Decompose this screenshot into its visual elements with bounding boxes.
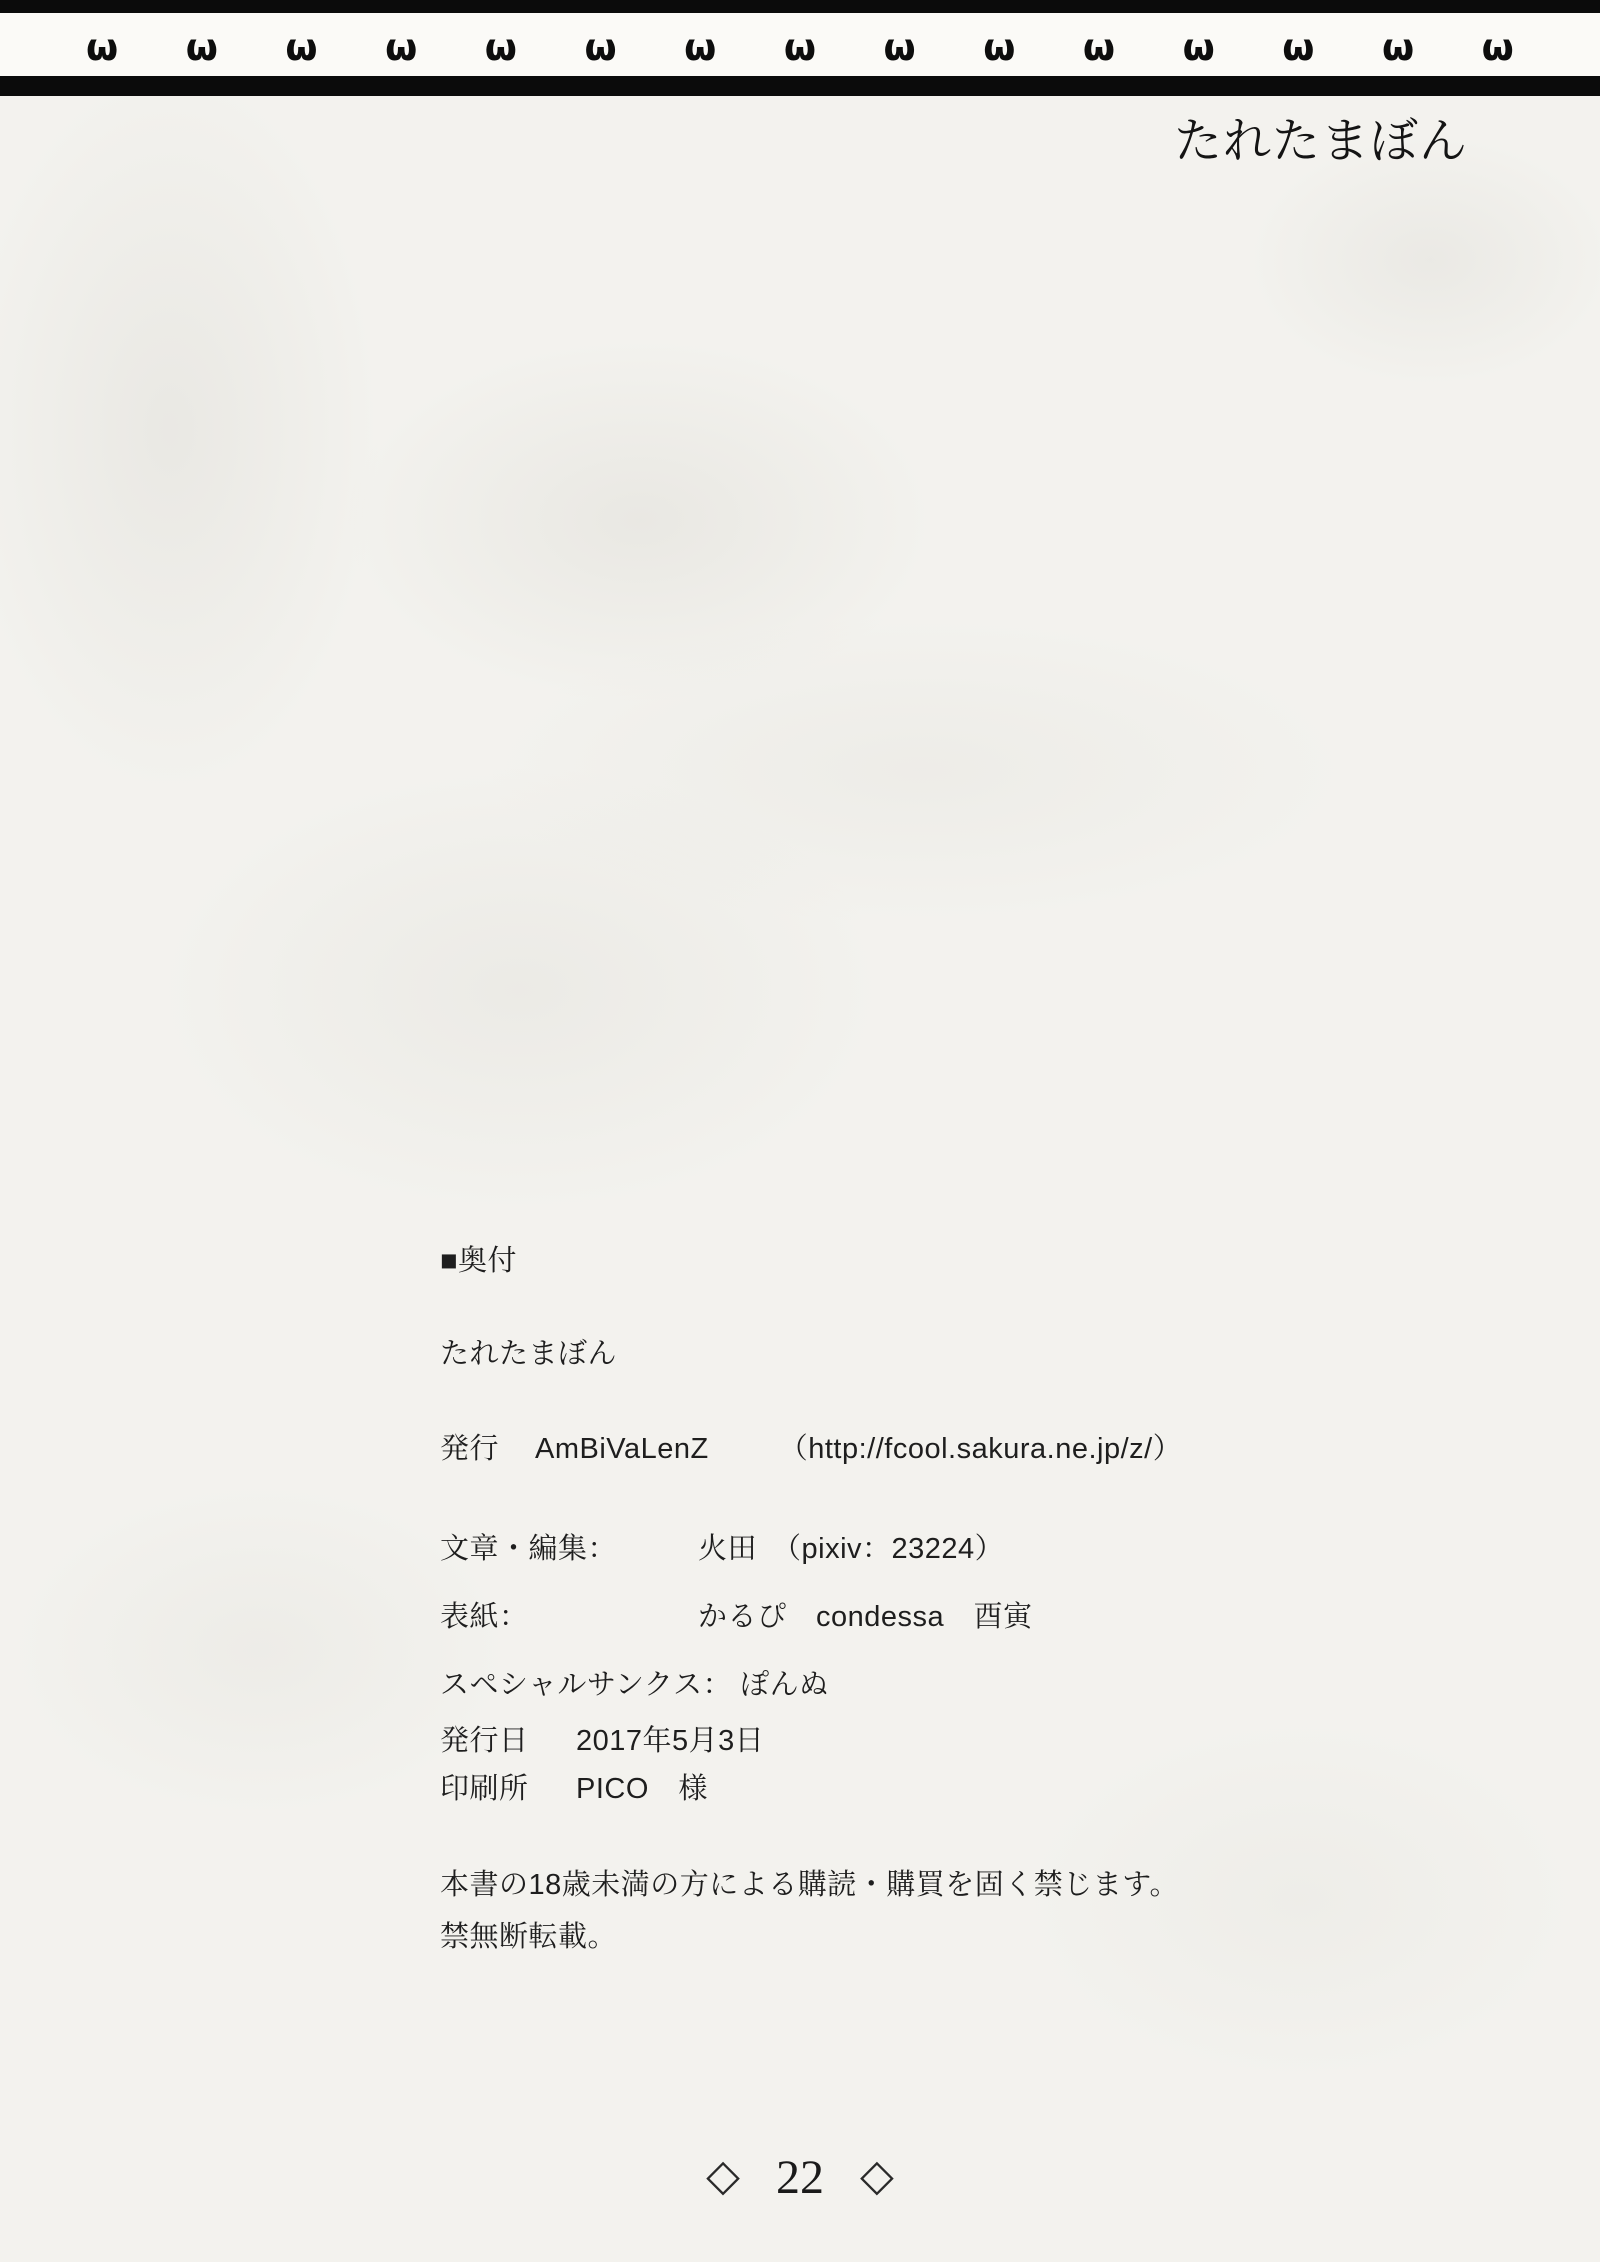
credit-row-special-thanks: スペシャルサンクス： ぽんぬ [440,1670,1033,1702]
credit-value: かるぴ condessa 酉寅 [698,1602,1033,1634]
colophon-heading: ■奥付 [440,1246,517,1278]
printer-row: 印刷所 PICO 様 [440,1774,764,1806]
omega-icon: ω [884,29,916,66]
omega-icon: ω [1183,29,1215,66]
omega-icon: ω [485,29,517,66]
age-restriction-notice: 本書の18歳未満の方による購読・購買を固く禁じます。 [440,1859,1179,1911]
omega-icon: ω [285,29,317,66]
publication-info: 発行日 2017年5月3日 印刷所 PICO 様 [440,1726,764,1806]
publisher-label: 発行 [440,1433,499,1465]
scanned-colophon-page: ω ω ω ω ω ω ω ω ω ω ω ω ω ω ω たれたまぼん ■奥付… [0,0,1600,2262]
omega-icon: ω [385,29,417,66]
legal-notices: 本書の18歳未満の方による購読・購買を固く禁じます。 禁無断転載。 [440,1859,1179,1963]
credit-label: スペシャルサンクス： [440,1670,732,1702]
publish-date-row: 発行日 2017年5月3日 [440,1726,764,1758]
omega-icon: ω [186,29,218,66]
credit-row-cover: 表紙： かるぴ condessa 酉寅 [440,1602,1033,1634]
credit-label: 文章・編集： [440,1534,690,1566]
publisher-line: 発行AmBiVaLenZ（http://fcool.sakura.ne.jp/z… [440,1434,1182,1466]
header-bottom-bar [0,76,1600,96]
credit-row-text-editing: 文章・編集： 火田 （pixiv：23224） [440,1534,1033,1566]
page-title: たれたまぼん [1174,116,1468,169]
printer-label: 印刷所 [440,1774,548,1806]
diamond-icon: ◇ [860,2154,894,2198]
publisher-url: （http://fcool.sakura.ne.jp/z/） [779,1433,1182,1465]
omega-icon: ω [86,29,118,66]
omega-icon: ω [584,29,616,66]
omega-icon: ω [1083,29,1115,66]
publisher-name: AmBiVaLenZ [535,1433,709,1465]
credits-list: 文章・編集： 火田 （pixiv：23224） 表紙： かるぴ condessa… [440,1534,1033,1702]
diamond-icon: ◇ [706,2154,740,2198]
credit-label: 表紙： [440,1602,690,1634]
omega-icon: ω [1282,29,1314,66]
page-number-footer: ◇ 22 ◇ [0,2152,1600,2200]
book-title: たれたまぼん [440,1339,617,1371]
page-number: 22 [776,2154,824,2202]
omega-decoration-strip: ω ω ω ω ω ω ω ω ω ω ω ω ω ω ω [0,13,1600,76]
omega-icon: ω [784,29,816,66]
no-reproduction-notice: 禁無断転載。 [440,1911,1179,1963]
header-top-bar [0,0,1600,13]
omega-icon: ω [1382,29,1414,66]
credit-value: ぽんぬ [740,1670,829,1702]
publish-date-value: 2017年5月3日 [576,1726,764,1758]
omega-icon: ω [1482,29,1514,66]
credit-value: 火田 （pixiv：23224） [698,1534,1004,1566]
printer-value: PICO 様 [576,1774,708,1806]
publish-date-label: 発行日 [440,1726,548,1758]
omega-icon: ω [684,29,716,66]
omega-icon: ω [983,29,1015,66]
